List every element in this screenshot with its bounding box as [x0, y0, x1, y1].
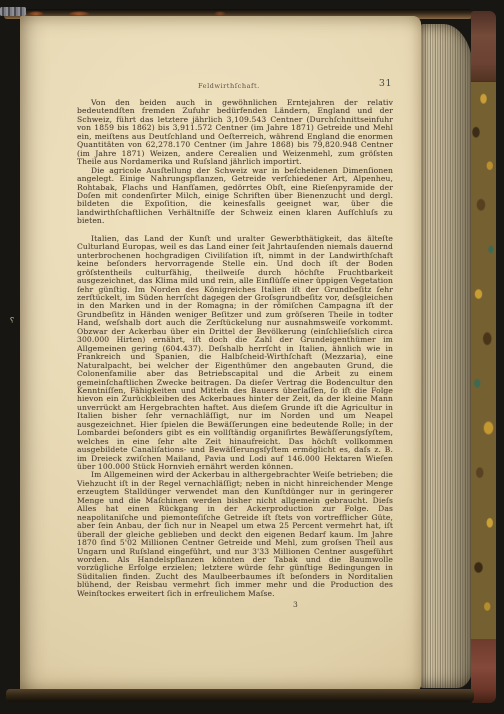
body-paragraph: Die agricole Ausſtellung der Schweiz war… — [77, 167, 393, 226]
page-body: Von den beiden auch in gewöhnlichen Ernt… — [77, 99, 393, 598]
signature-mark: 3 — [293, 600, 393, 609]
book-cover-strip — [471, 11, 496, 703]
body-paragraph: Im Allgemeinen wird der Ackerbau in alth… — [77, 471, 393, 598]
body-paragraph: Italien, das Land der Kunſt und uralter … — [77, 235, 393, 472]
leather-corner-top — [471, 11, 496, 81]
page-number: 31 — [379, 78, 392, 89]
leather-corner-bottom — [471, 639, 496, 703]
fore-edge-page-stack — [421, 24, 473, 688]
body-paragraph: Von den beiden auch in gewöhnlichen Ernt… — [77, 99, 393, 167]
printed-text-block: Feldwirthſchaft. 31 Von den beiden auch … — [77, 81, 393, 609]
book-bottom-edge — [6, 689, 474, 702]
margin-mark: ␦ — [9, 316, 14, 325]
marbled-cover-paper — [471, 81, 496, 641]
running-title: Feldwirthſchaft. — [198, 82, 260, 90]
book-photo: ␦ Feldwirthſchaft. 31 Von den beiden auc… — [0, 0, 504, 714]
running-head: Feldwirthſchaft. 31 — [77, 81, 393, 91]
